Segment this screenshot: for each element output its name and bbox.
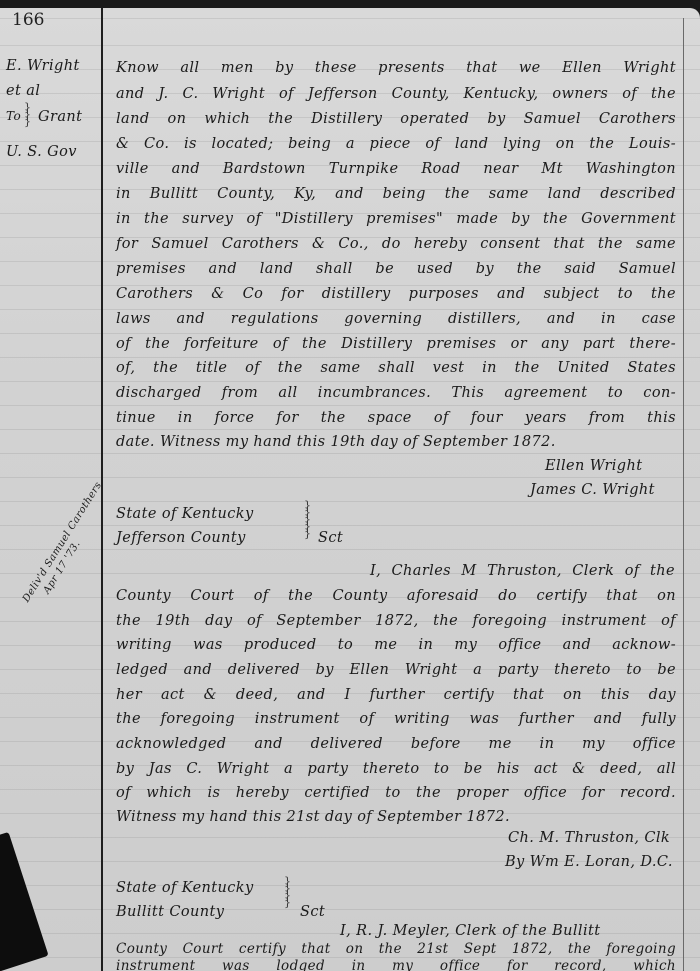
page-number: 166 [12, 10, 44, 30]
certificate-line: acknowledged and delivered before me in … [116, 736, 676, 752]
certificate-line: writing was produced to me in my office … [116, 637, 676, 653]
agreement-line: of the forfeiture of the Distillery prem… [116, 336, 676, 352]
venue-state: State of Kentucky [116, 880, 254, 896]
certificate-line: by Jas C. Wright a party thereto to be h… [116, 761, 676, 777]
certificate-line: the foregoing instrument of writing was … [116, 711, 676, 727]
signature-james-wright: James C. Wright [530, 482, 655, 498]
agreement-line: and J. C. Wright of Jefferson County, Ke… [116, 86, 676, 102]
brace-icon: }}} [24, 104, 31, 125]
ledger-page: 166 E. Wright et al To }}} Grant U. S. G… [0, 8, 700, 971]
agreement-line: tinue in force for the space of four yea… [116, 410, 676, 426]
agreement-line: discharged from all incumbrances. This a… [116, 385, 676, 401]
agreement-line: ville and Bardstown Turnpike Road near M… [116, 161, 676, 177]
agreement-line: land on which the Distillery operated by… [116, 111, 676, 127]
certificate-line: County Court certify that on the 21st Se… [116, 941, 676, 957]
margin-deed-type: Grant [38, 109, 82, 125]
signature-clerk-thruston: Ch. M. Thruston, Clk [508, 830, 670, 846]
venue-sct: Sct [318, 530, 343, 546]
signature-deputy-loran: By Wm E. Loran, D.C. [505, 854, 673, 870]
agreement-line: laws and regulations governing distiller… [116, 311, 676, 327]
venue-county: Bullitt County [116, 904, 224, 920]
margin-to: To [6, 109, 21, 123]
margin-party-3: U. S. Gov [6, 144, 77, 160]
certificate-line: her act & deed, and I further certify th… [116, 687, 676, 703]
black-paper-tab [0, 832, 49, 971]
agreement-line: in Bullitt County, Ky, and being the sam… [116, 186, 676, 202]
agreement-line: Know all men by these presents that we E… [116, 60, 676, 76]
rotated-note-line-1: Deliv'd Samuel Carothers [20, 480, 105, 605]
certificate-line: I, R. J. Meyler, Clerk of the Bullitt [340, 923, 675, 939]
venue-county: Jefferson County [116, 530, 246, 546]
agreement-line: for Samuel Carothers & Co., do hereby co… [116, 236, 676, 252]
venue-sct: Sct [300, 904, 325, 920]
rotated-note-line-2: Apr 17 '73. [31, 486, 116, 611]
certificate-line: instrument was lodged in my office for r… [116, 958, 676, 971]
margin-party-1: E. Wright [6, 58, 80, 74]
agreement-line: Carothers & Co for distillery purposes a… [116, 286, 676, 302]
agreement-line: & Co. is located; being a piece of land … [116, 136, 676, 152]
certificate-line: Witness my hand this 21st day of Septemb… [116, 809, 676, 825]
agreement-line: of, the title of the same shall vest in … [116, 360, 676, 376]
signature-ellen-wright: Ellen Wright [545, 458, 642, 474]
agreement-line: premises and land shall be used by the s… [116, 261, 676, 277]
venue-state: State of Kentucky [116, 506, 254, 522]
agreement-line: date. Witness my hand this 19th day of S… [116, 434, 676, 450]
certificate-line: the 19th day of September 1872, the fore… [116, 613, 676, 629]
margin-party-2: et al [6, 83, 40, 99]
certificate-line: County Court of the County aforesaid do … [116, 588, 676, 604]
certificate-line: ledged and delivered by Ellen Wright a p… [116, 662, 676, 678]
brace-icon: }}}} [284, 878, 291, 906]
brace-icon: }}}}} [304, 502, 311, 537]
right-page-edge [683, 18, 684, 971]
agreement-line: in the survey of "Distillery premises" m… [116, 211, 676, 227]
certificate-line: of which is hereby certified to the prop… [116, 785, 676, 801]
certificate-line: I, Charles M Thruston, Clerk of the [370, 563, 675, 579]
